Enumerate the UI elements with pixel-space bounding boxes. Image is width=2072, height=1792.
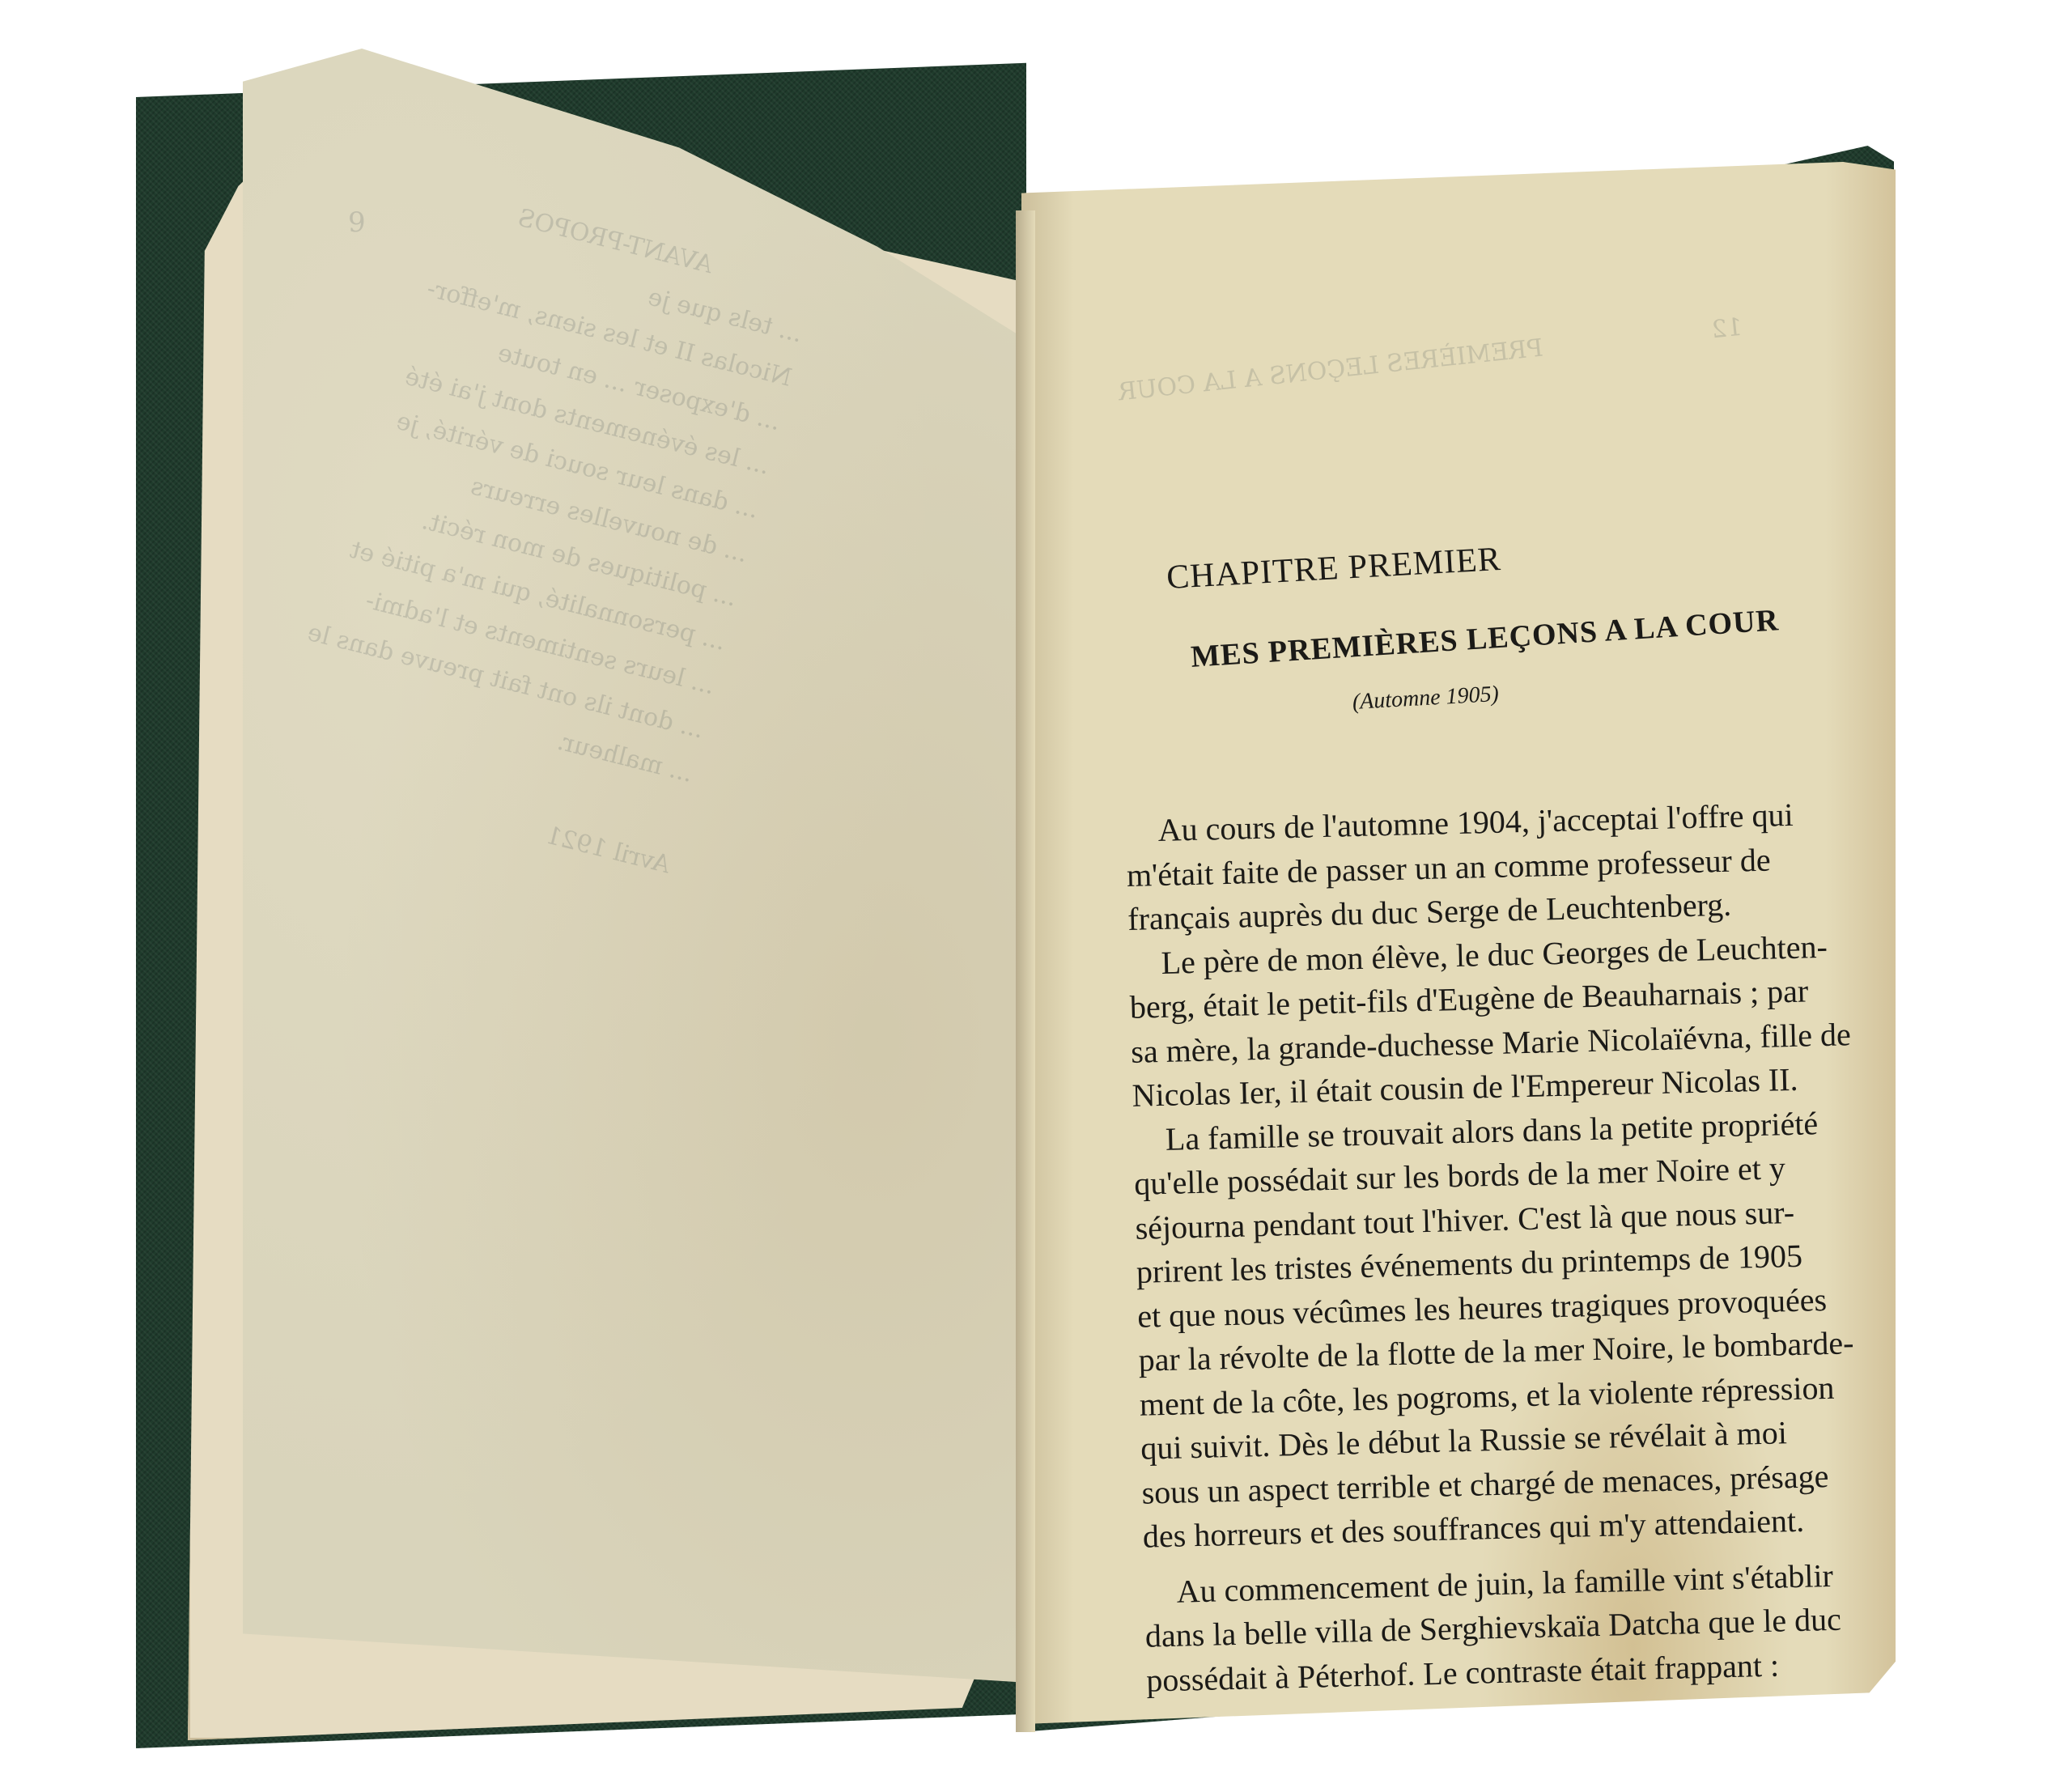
open-book-photo: 9 AVANT-PROPOS ... tels que je Nicolas I… <box>0 0 2072 1792</box>
paragraph: Au cours de l'automne 1904, j'acceptai l… <box>1125 792 1841 941</box>
paragraph: Au commencement de juin, la famille vint… <box>1144 1553 1859 1703</box>
book-gutter <box>1016 210 1035 1732</box>
left-page-number-showthrough: 9 <box>348 206 366 239</box>
paragraph: La famille se trouvait alors dans la pet… <box>1132 1101 1855 1559</box>
chapter-body-text: Au cours de l'automne 1904, j'acceptai l… <box>1125 792 1859 1702</box>
showthrough-page-number: 12 <box>1710 313 1744 345</box>
paragraph: Le père de mon élève, le duc Georges de … <box>1128 924 1845 1118</box>
